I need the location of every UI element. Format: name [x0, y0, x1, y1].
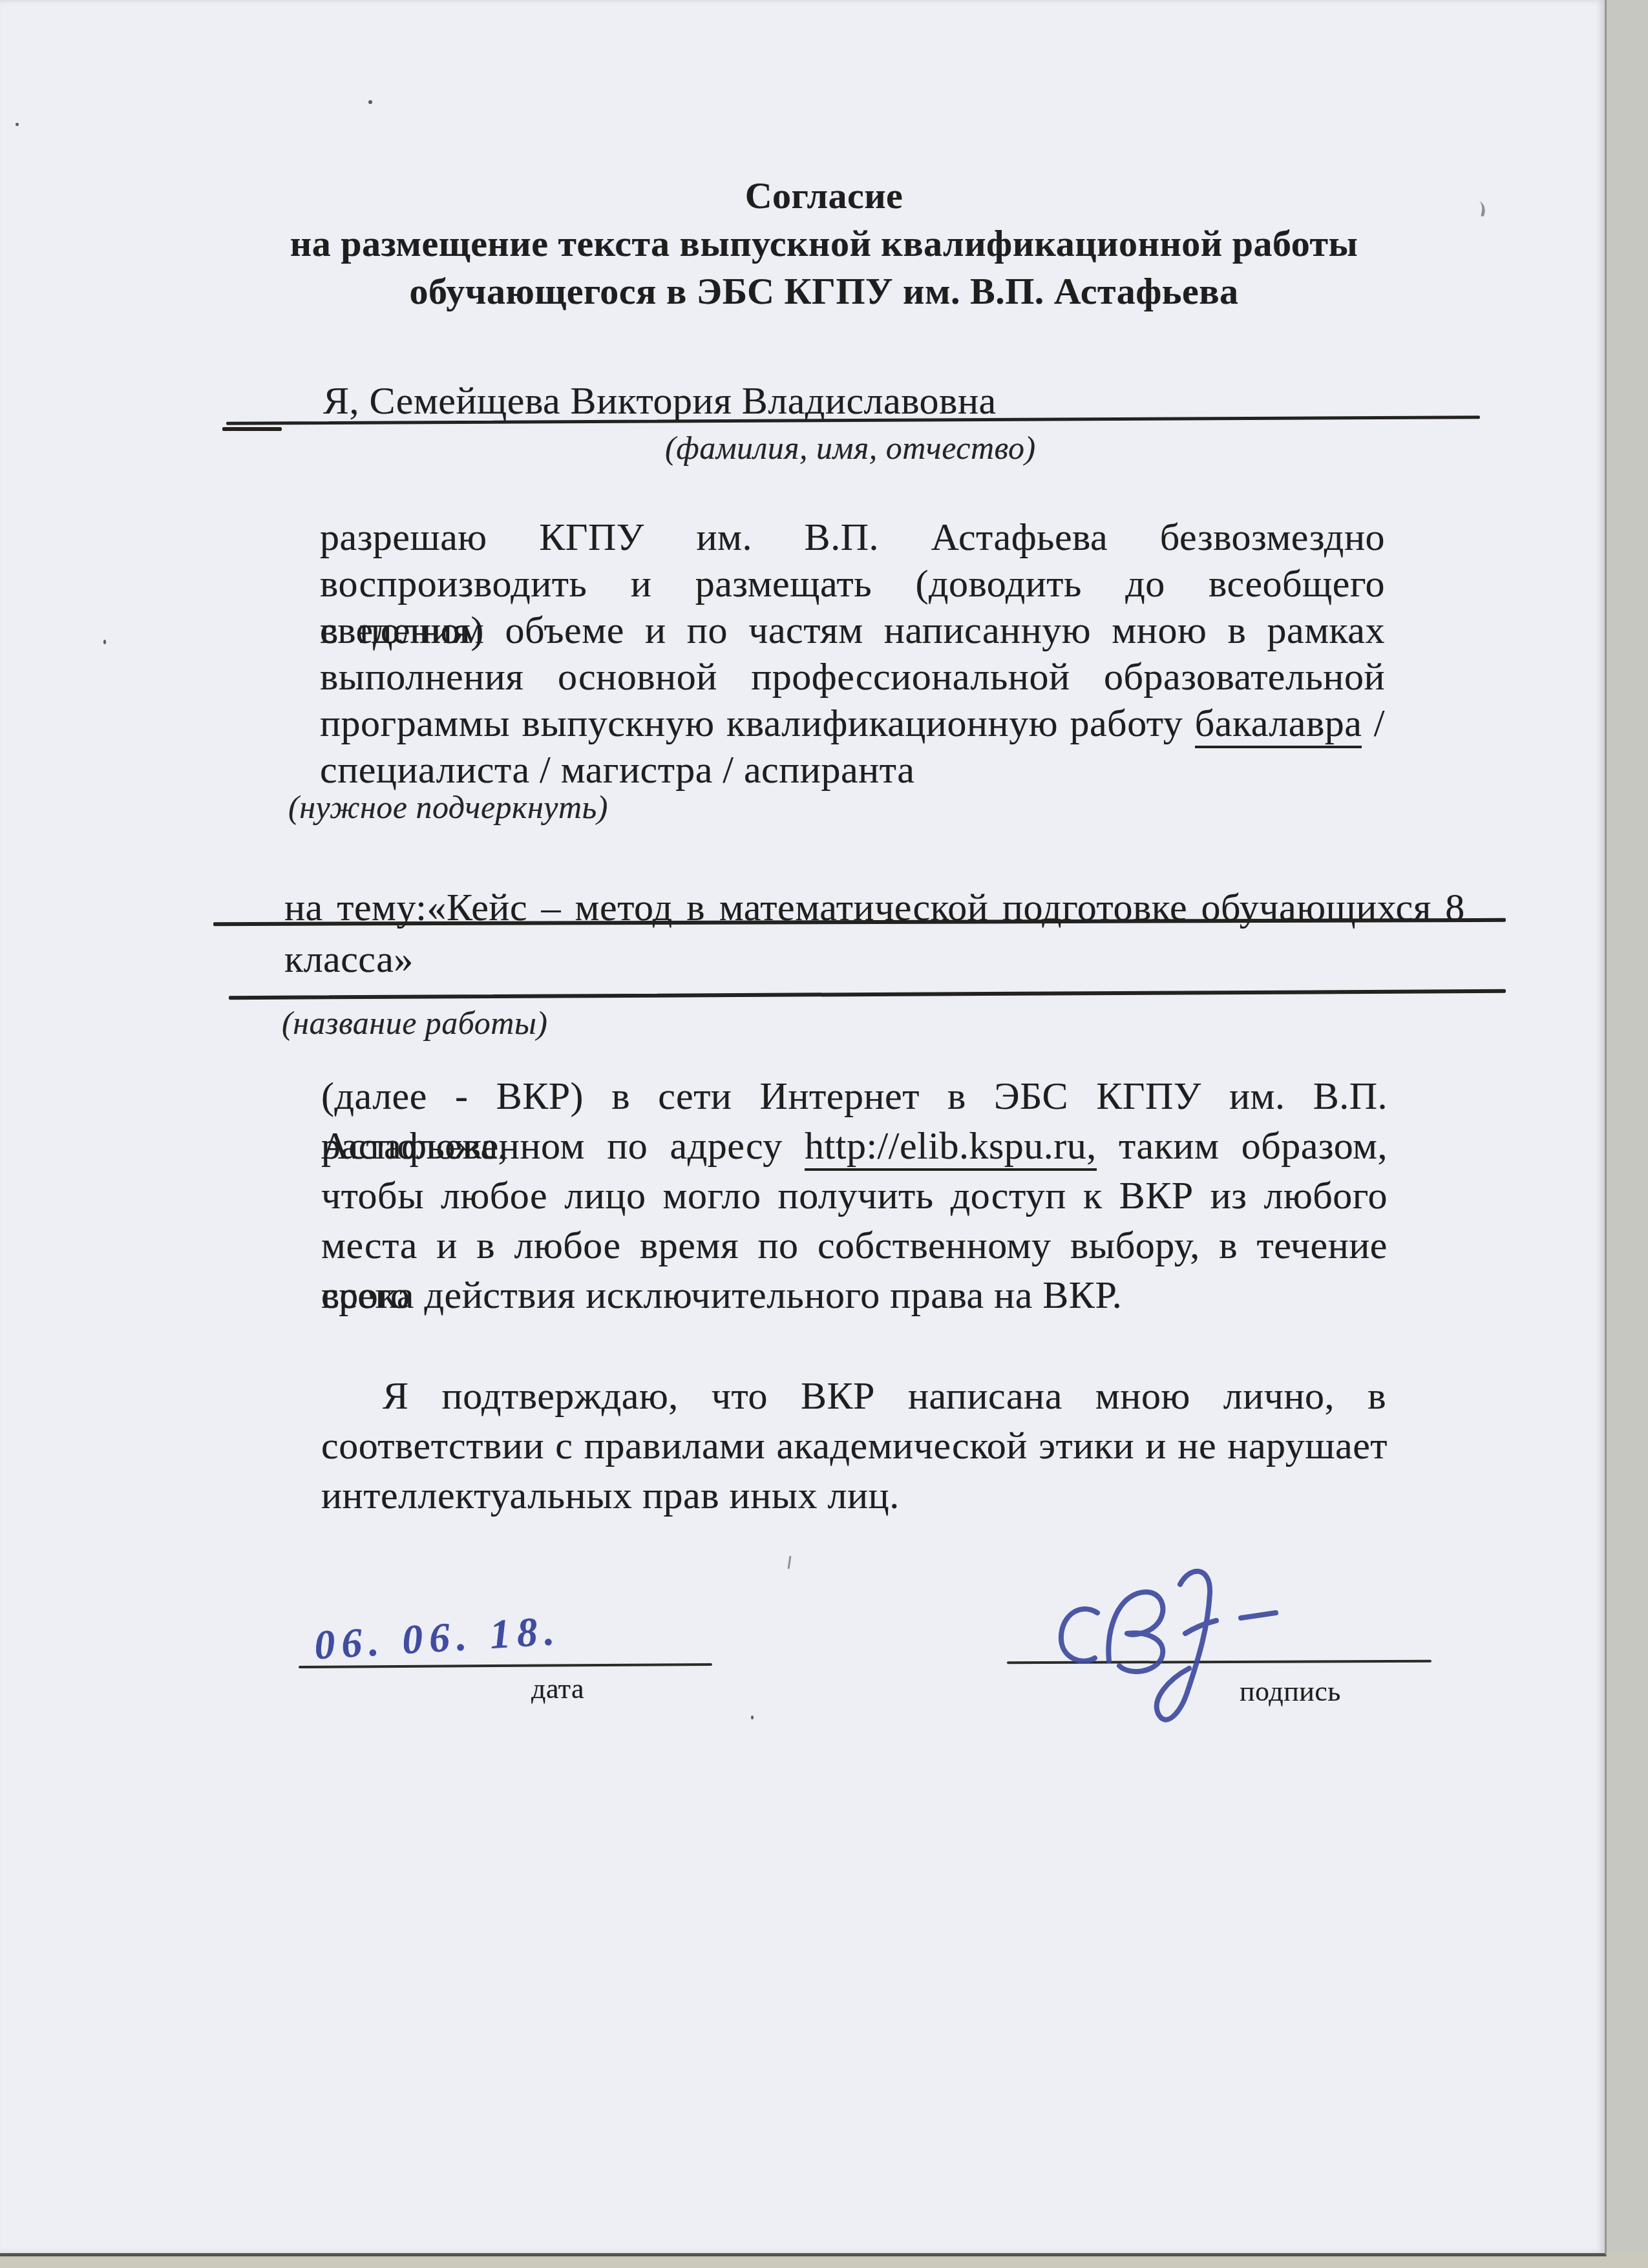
- scan-speck: [751, 1716, 754, 1719]
- handwritten-date: 06. 06. 18.: [313, 1606, 562, 1669]
- scan-speck: [368, 100, 372, 104]
- permission-line-1: разрешаю КГПУ им. В.П. Астафьева безвозм…: [320, 514, 1385, 560]
- permission-line-5-before: программы выпускную квалификационную раб…: [320, 702, 1183, 744]
- topic-line-2: класса»: [284, 937, 414, 982]
- ebs-line-2-before: расположенном по адресу: [321, 1124, 783, 1167]
- ebs-line-5: срока действия исключительного права на …: [321, 1270, 1388, 1320]
- confirmation-line-1: Я подтверждаю, что ВКР написана мною лич…: [383, 1371, 1386, 1421]
- signature-stroke-dash: [1241, 1613, 1276, 1618]
- scanned-consent-document: Согласие на размещение текста выпускной …: [0, 0, 1648, 2268]
- ebs-line-4: места и в любое время по собственному вы…: [321, 1221, 1388, 1270]
- confirmation-paragraph: соответствии с правилами академической э…: [321, 1421, 1388, 1520]
- scan-tick-artifact: [788, 1556, 792, 1569]
- permission-line-6: специалиста / магистра / аспиранта: [320, 746, 1385, 793]
- signature-stroke-b: [1108, 1592, 1163, 1672]
- ebs-line-1: (далее - ВКР) в сети Интернет в ЭБС КГПУ…: [321, 1071, 1388, 1121]
- topic-rule-2: [229, 989, 1506, 1000]
- scan-speck: [103, 640, 106, 644]
- fio-caption: (фамилия, имя, отчество): [665, 429, 1036, 467]
- ebs-line-2: расположенном по адресу http://elib.kspu…: [321, 1121, 1388, 1171]
- confirmation-line-3: интеллектуальных прав иных лиц.: [321, 1471, 1388, 1520]
- ebs-paragraph: (далее - ВКР) в сети Интернет в ЭБС КГПУ…: [321, 1071, 1388, 1320]
- signature-stroke-link: [1185, 1621, 1216, 1633]
- scanner-bed-right-band: [1605, 0, 1648, 2268]
- permission-line-5: программы выпускную квалификационную раб…: [320, 700, 1385, 746]
- document-title: Согласие на размещение текста выпускной …: [97, 172, 1551, 315]
- title-line-2: на размещение текста выпускной квалифика…: [97, 220, 1551, 268]
- permission-line-4: выполнения основной профессиональной обр…: [320, 653, 1385, 700]
- paper-sheet: Согласие на размещение текста выпускной …: [0, 0, 1607, 2256]
- confirmation-indented-line: Я подтверждаю, что ВКР написана мною лич…: [383, 1371, 1386, 1421]
- ebs-line-2-after: таким образом,: [1119, 1124, 1388, 1167]
- work-title-caption: (название работы): [282, 1004, 547, 1042]
- title-line-3: обучающегося в ЭБС КГПУ им. В.П. Астафье…: [97, 268, 1551, 315]
- confirmation-line-2: соответствии с правилами академической э…: [321, 1421, 1388, 1471]
- underline-note-caption: (нужное подчеркнуть): [288, 788, 608, 826]
- title-line-1: Согласие: [97, 172, 1551, 220]
- permission-line-3: в полном объеме и по частям написанную м…: [320, 607, 1385, 653]
- signature-stroke-c: [1061, 1609, 1097, 1661]
- degree-bachelor-underlined: бакалавра: [1195, 702, 1362, 748]
- ebs-line-3: чтобы любое лицо могло получить доступ к…: [321, 1171, 1388, 1221]
- date-caption: дата: [531, 1672, 584, 1705]
- scan-speck: [16, 123, 19, 126]
- elib-url-underlined: http://elib.kspu.ru,: [805, 1124, 1097, 1171]
- signature-stroke-loop: [1157, 1571, 1210, 1720]
- permission-line-2: воспроизводить и размещать (доводить до …: [320, 560, 1385, 607]
- permission-paragraph: разрешаю КГПУ им. В.П. Астафьева безвозм…: [320, 514, 1385, 793]
- handwritten-signature: [1033, 1556, 1311, 1763]
- name-rule-start-segment: [222, 427, 282, 431]
- permission-line-5-after: /: [1374, 702, 1385, 744]
- declarant-name: Я, Семейщева Виктория Владиславовна: [323, 379, 997, 423]
